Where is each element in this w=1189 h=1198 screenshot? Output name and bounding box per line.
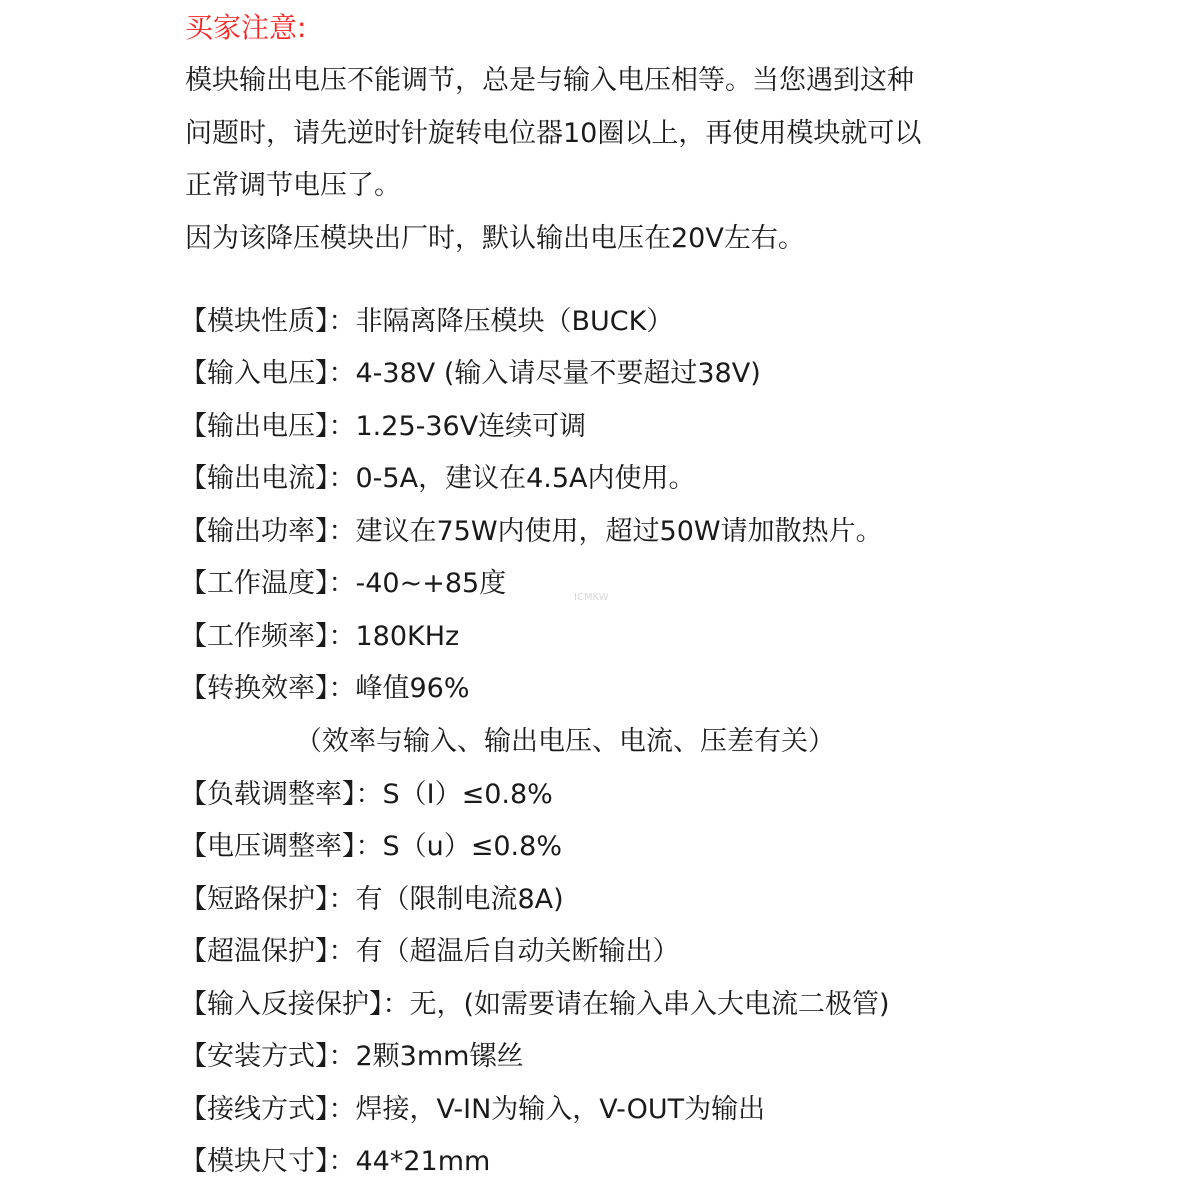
spec-row: 【输入反接保护】：无，(如需要请在输入串入大电流二极管)	[180, 985, 890, 1025]
spec-key: 【工作频率】：	[180, 621, 356, 652]
spec-row: 【输出功率】：建议在75W内使用，超过50W请加散热片。	[180, 512, 883, 552]
spec-row: 【输出电压】：1.25-36V连续可调	[180, 407, 586, 447]
efficiency-note: （效率与输入、输出电压、电流、压差有关）	[295, 722, 835, 762]
spec-value: 180KHz	[356, 621, 460, 652]
spec-row: 【接线方式】：焊接，V-IN为输入，V-OUT为输出	[180, 1090, 765, 1130]
spec-key: 【输出功率】：	[180, 516, 356, 547]
spec-value: 非隔离降压模块（BUCK）	[356, 306, 674, 337]
spec-row: 【输出电流】：0-5A，建议在4.5A内使用。	[180, 459, 695, 499]
spec-value: 2颗3mm镙丝	[356, 1041, 524, 1072]
spec-key: 【输出电流】：	[180, 463, 356, 494]
spec-key: 【输入电压】：	[180, 358, 356, 389]
spec-value: S（u）≤0.8%	[383, 831, 562, 862]
spec-row: 【转换效率】：峰值96%	[180, 669, 470, 709]
notice-title: 买家注意:	[185, 8, 306, 48]
notice-line: 因为该降压模块出厂时，默认输出电压在20V左右。	[185, 219, 805, 259]
spec-row: 【输入电压】：4-38V (输入请尽量不要超过38V)	[180, 354, 761, 394]
notice-line: 模块输出电压不能调节，总是与输入电压相等。当您遇到这种	[185, 61, 914, 101]
spec-value: S（I）≤0.8%	[383, 779, 553, 810]
spec-row: 【短路保护】：有（限制电流8A)	[180, 880, 564, 920]
spec-key: 【工作温度】：	[180, 568, 356, 599]
spec-value: 有（超温后自动关断输出）	[356, 936, 680, 967]
spec-value: 1.25-36V连续可调	[356, 411, 587, 442]
spec-value: 44*21mm	[356, 1146, 491, 1177]
spec-row: 【模块性质】：非隔离降压模块（BUCK）	[180, 302, 673, 342]
spec-key: 【输入反接保护】：	[180, 989, 410, 1020]
spec-value: 峰值96%	[356, 673, 470, 704]
notice-line: 正常调节电压了。	[185, 166, 401, 206]
spec-value: 建议在75W内使用，超过50W请加散热片。	[356, 516, 883, 547]
spec-key: 【安装方式】：	[180, 1041, 356, 1072]
spec-key: 【转换效率】：	[180, 673, 356, 704]
spec-key: 【输出电压】：	[180, 411, 356, 442]
spec-row: 【超温保护】：有（超温后自动关断输出）	[180, 932, 680, 972]
spec-value: 无，(如需要请在输入串入大电流二极管)	[410, 989, 890, 1020]
spec-row: 【工作频率】：180KHz	[180, 617, 459, 657]
spec-key: 【模块性质】：	[180, 306, 356, 337]
spec-key: 【接线方式】：	[180, 1094, 356, 1125]
spec-value: 焊接，V-IN为输入，V-OUT为输出	[356, 1094, 766, 1125]
notice-line: 问题时，请先逆时针旋转电位器10圈以上，再使用模块就可以	[185, 114, 921, 154]
spec-row: 【模块尺寸】：44*21mm	[180, 1142, 490, 1182]
spec-key: 【模块尺寸】：	[180, 1146, 356, 1177]
spec-key: 【负载调整率】：	[180, 779, 383, 810]
spec-value: 4-38V (输入请尽量不要超过38V)	[356, 358, 761, 389]
spec-key: 【电压调整率】：	[180, 831, 383, 862]
spec-value: 0-5A，建议在4.5A内使用。	[356, 463, 696, 494]
spec-row: 【安装方式】：2颗3mm镙丝	[180, 1037, 523, 1077]
spec-key: 【短路保护】：	[180, 884, 356, 915]
spec-value: -40~+85度	[356, 568, 507, 599]
spec-row: 【工作温度】：-40~+85度	[180, 564, 506, 604]
spec-value: 有（限制电流8A)	[356, 884, 564, 915]
spec-key: 【超温保护】：	[180, 936, 356, 967]
watermark: ICMKW	[574, 592, 609, 603]
spec-row: 【负载调整率】：S（I）≤0.8%	[180, 775, 553, 815]
spec-row: 【电压调整率】：S（u）≤0.8%	[180, 827, 562, 867]
